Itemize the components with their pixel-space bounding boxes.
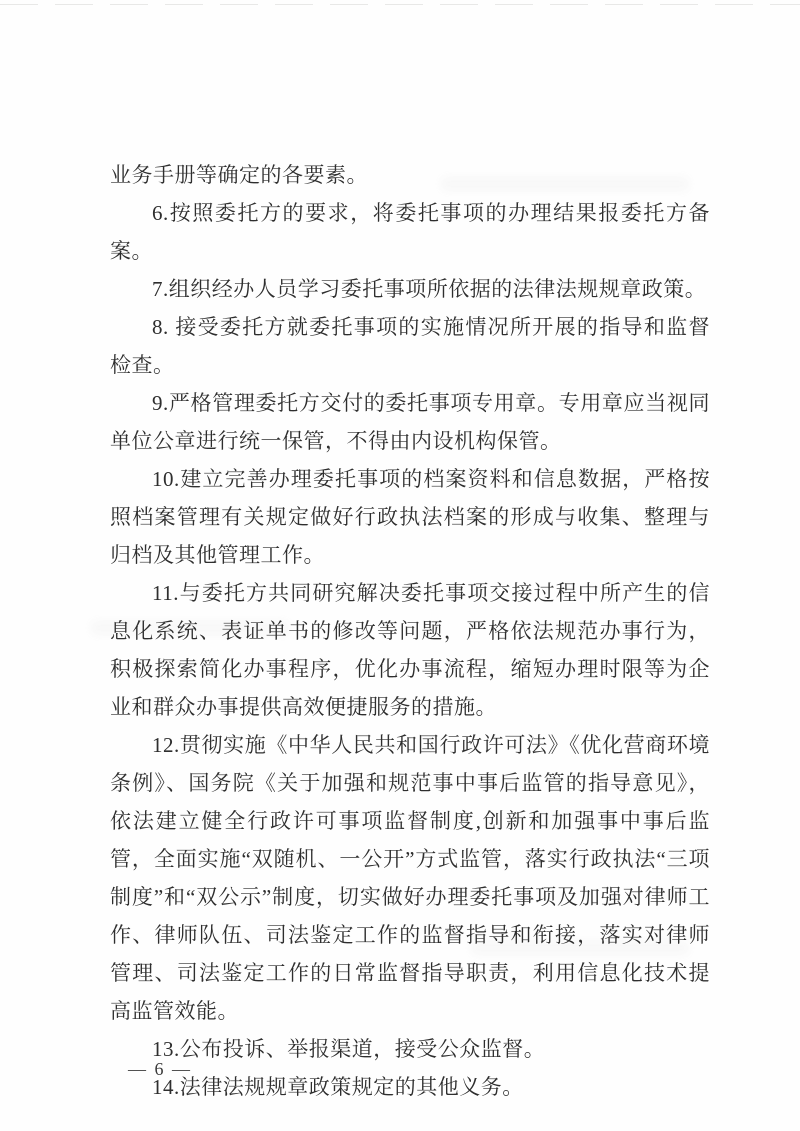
document-body: 业务手册等确定的各要素。 6.按照委托方的要求，将委托事项的办理结果报委托方备案… [110, 156, 710, 1106]
page-number: — 6 — [128, 1057, 192, 1081]
paragraph-item-10: 10.建立完善办理委托事项的档案资料和信息数据，严格按照档案管理有关规定做好行政… [110, 460, 710, 574]
paragraph-item-11: 11.与委托方共同研究解决委托事项交接过程中所产生的信息化系统、表证单书的修改等… [110, 574, 710, 726]
paragraph-item-14: 14.法律法规规章政策规定的其他义务。 [110, 1068, 710, 1106]
document-page: 业务手册等确定的各要素。 6.按照委托方的要求，将委托事项的办理结果报委托方备案… [0, 0, 800, 1131]
paragraph-continuation: 业务手册等确定的各要素。 [110, 156, 710, 194]
paragraph-item-12: 12.贯彻实施《中华人民共和国行政许可法》《优化营商环境条例》、国务院《关于加强… [110, 726, 710, 1030]
paragraph-item-13: 13.公布投诉、举报渠道，接受公众监督。 [110, 1030, 710, 1068]
paragraph-item-7: 7.组织经办人员学习委托事项所依据的法律法规规章政策。 [110, 270, 710, 308]
paragraph-item-8: 8. 接受委托方就委托事项的实施情况所开展的指导和监督检查。 [110, 308, 710, 384]
paragraph-item-9: 9.严格管理委托方交付的委托事项专用章。专用章应当视同单位公章进行统一保管，不得… [110, 384, 710, 460]
paragraph-item-6: 6.按照委托方的要求，将委托事项的办理结果报委托方备案。 [110, 194, 710, 270]
